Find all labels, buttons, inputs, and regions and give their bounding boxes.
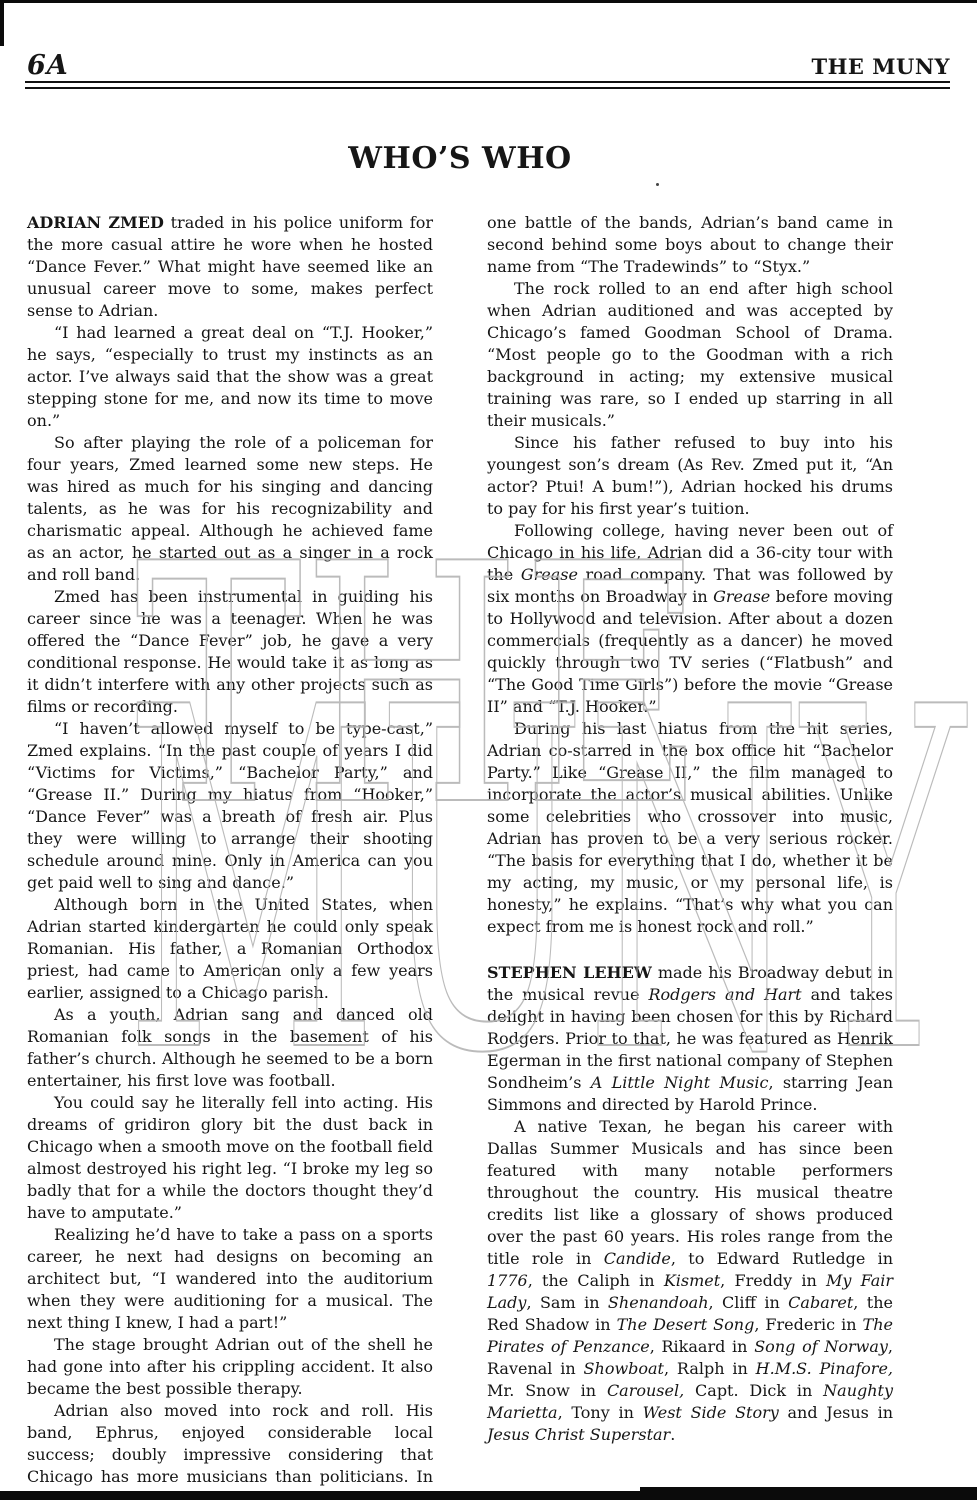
text-segment: , Freddy in (720, 1271, 826, 1290)
scan-edge-bottom-right (640, 1487, 977, 1500)
paragraph: STEPHEN LEHEW made his Broadway debut in… (487, 962, 893, 1116)
paragraph: Realizing he’d have to take a pass on a … (27, 1224, 433, 1334)
text-segment: The stage brought Adrian out of the shel… (27, 1335, 433, 1398)
paragraph: “I haven’t allowed myself to be type-cas… (27, 718, 433, 894)
text-segment: , Frederic in (754, 1315, 862, 1334)
text-segment: Realizing he’d have to take a pass on a … (27, 1225, 433, 1332)
text-segment: So after playing the role of a policeman… (27, 433, 433, 584)
text-segment: Song of Norway (754, 1337, 888, 1356)
scan-edge-left (0, 0, 4, 46)
text-segment: Capt. Dick in (684, 1381, 823, 1400)
text-segment: Kismet (664, 1271, 720, 1290)
text-segment: Jesus Christ Superstar (487, 1425, 670, 1444)
paragraph: The rock rolled to an end after high sch… (487, 278, 893, 432)
text-segment: A Little Night Music (591, 1073, 769, 1092)
paragraph: Since his father refused to buy into his… (487, 432, 893, 520)
text-segment: 1776 (487, 1271, 528, 1290)
text-segment: STEPHEN LEHEW (487, 963, 652, 982)
paragraph: The stage brought Adrian out of the shel… (27, 1334, 433, 1400)
text-segment: ADRIAN ZMED (27, 213, 164, 232)
text-segment: Grease (713, 587, 770, 606)
text-segment: , Rikaard in (650, 1337, 755, 1356)
paragraph: You could say he literally fell into act… (27, 1092, 433, 1224)
text-segment: Shenandoah (608, 1293, 709, 1312)
text-segment: Carousel, (607, 1381, 684, 1400)
publication-title: THE MUNY (811, 54, 950, 79)
text-segment: , to Edward Rutledge in (671, 1249, 893, 1268)
text-segment: “I had learned a great deal on “T.J. Hoo… (27, 323, 433, 430)
text-segment: During his last hiatus from the hit seri… (487, 719, 893, 936)
text-segment: H.M.S. Pinafore, (756, 1359, 893, 1378)
text-segment: A native Texan, he began his career with… (487, 1117, 893, 1268)
text-segment: “I haven’t allowed myself to be type-cas… (27, 719, 433, 892)
section-title: WHO’S WHO (27, 141, 893, 176)
text-segment: Candide (604, 1249, 671, 1268)
article-flow: ADRIAN ZMED traded in his police uniform… (27, 212, 893, 1490)
text-segment: before moving to Hollywood and televisio… (487, 587, 893, 716)
paragraph: Zmed has been instrumental in guiding hi… (27, 586, 433, 718)
text-segment: West Side Story (643, 1403, 779, 1422)
program-page: 6A THE MUNY WHO’S WHO ADRIAN ZMED traded… (0, 0, 977, 1500)
paragraph: A native Texan, he began his career with… (487, 1116, 893, 1446)
text-segment: The rock rolled to an end after high sch… (487, 279, 893, 430)
text-segment: , Cliff in (709, 1293, 789, 1312)
text-segment: , Tony in (558, 1403, 643, 1422)
text-segment: As a youth, Adrian sang and danced old R… (27, 1005, 433, 1090)
paragraph: Following college, having never been out… (487, 520, 893, 718)
text-segment: Cabaret (788, 1293, 853, 1312)
paragraph: As a youth, Adrian sang and danced old R… (27, 1004, 433, 1092)
text-segment: Grease (521, 565, 578, 584)
scan-speck (656, 183, 659, 186)
text-segment: . (670, 1425, 675, 1444)
text-segment: , Sam in (526, 1293, 607, 1312)
text-segment: Rodgers and Hart (649, 985, 802, 1004)
paragraph: “I had learned a great deal on “T.J. Hoo… (27, 322, 433, 432)
text-segment: Mr. Snow in (487, 1381, 607, 1400)
text-segment: and Jesus in (779, 1403, 893, 1422)
paragraph: During his last hiatus from the hit seri… (487, 718, 893, 938)
text-segment: , Ralph in (664, 1359, 756, 1378)
page-number: 6A (27, 50, 69, 81)
paragraph: So after playing the role of a policeman… (27, 432, 433, 586)
text-segment: The Desert Song (617, 1315, 755, 1334)
header-double-rule (25, 81, 950, 89)
paragraph: Although born in the United States, when… (27, 894, 433, 1004)
text-segment: , the Caliph in (528, 1271, 664, 1290)
text-segment: Zmed has been instrumental in guiding hi… (27, 587, 433, 716)
text-segment: Although born in the United States, when… (27, 895, 433, 1002)
article-stephen-lehew: STEPHEN LEHEW made his Broadway debut in… (487, 962, 893, 1446)
text-segment: Since his father refused to buy into his… (487, 433, 893, 518)
paragraph: ADRIAN ZMED traded in his police uniform… (27, 212, 433, 322)
text-segment: Showboat (584, 1359, 664, 1378)
scan-edge-top (0, 0, 977, 3)
text-segment: You could say he literally fell into act… (27, 1093, 433, 1222)
